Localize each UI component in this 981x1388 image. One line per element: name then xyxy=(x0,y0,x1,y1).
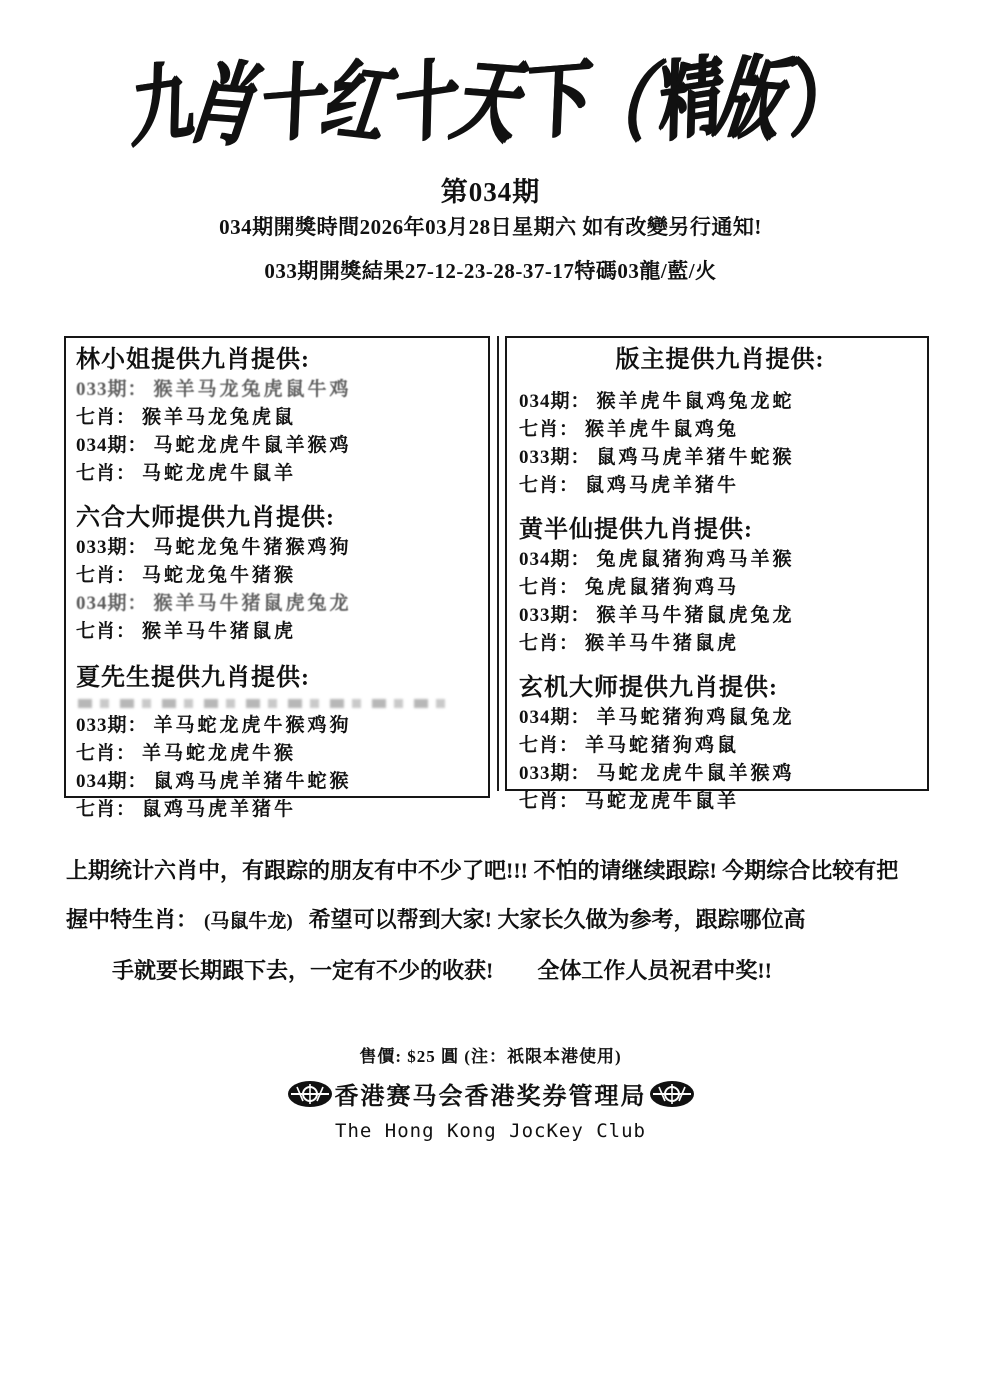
row-value: 猴羊马牛猪鼠虎兔龙 xyxy=(597,605,795,626)
prediction-row: 033期：马蛇龙兔牛猪猴鸡狗 xyxy=(76,534,482,562)
row-label: 七肖： xyxy=(76,463,136,484)
row-value: 兔虎鼠猪狗鸡马 xyxy=(585,577,739,598)
print-smudge-artifact xyxy=(78,699,452,708)
tipster-section: 版主提供九肖提供: 034期：猴羊虎牛鼠鸡兔龙蛇 七肖：猴羊虎牛鼠鸡兔 033期… xyxy=(519,344,921,500)
prediction-row: 033期：羊马蛇龙虎牛猴鸡狗 xyxy=(76,712,482,740)
row-value: 兔虎鼠猪狗鸡马羊猴 xyxy=(597,549,795,570)
prediction-row: 七肖：猴羊马龙兔虎鼠 xyxy=(76,404,482,432)
row-value: 羊马蛇猪狗鸡鼠 xyxy=(585,735,739,756)
prediction-row: 034期：马蛇龙虎牛鼠羊猴鸡 xyxy=(76,432,482,460)
row-value: 马蛇龙兔牛猪猴鸡狗 xyxy=(154,537,352,558)
section-header: 版主提供九肖提供: xyxy=(519,344,921,376)
tipster-box-left: 林小姐提供九肖提供: 033期：猴羊马龙兔虎鼠牛鸡 七肖：猴羊马龙兔虎鼠 034… xyxy=(64,336,490,798)
publisher-name-cn: 香港赛马会香港奖券管理局 xyxy=(335,1076,647,1111)
prediction-row: 034期：鼠鸡马虎羊猪牛蛇猴 xyxy=(76,768,482,796)
section-header: 夏先生提供九肖提供: xyxy=(76,662,482,694)
row-label: 033期： xyxy=(76,537,148,558)
prediction-row: 七肖：羊马蛇龙虎牛猴 xyxy=(76,740,482,768)
prediction-row: 034期：猴羊马牛猪鼠虎兔龙 xyxy=(76,590,482,618)
prediction-row: 七肖：马蛇龙兔牛猪猴 xyxy=(76,562,482,590)
row-label: 七肖： xyxy=(519,475,579,496)
tipster-section: 林小姐提供九肖提供: 033期：猴羊马龙兔虎鼠牛鸡 七肖：猴羊马龙兔虎鼠 034… xyxy=(76,344,482,488)
hkjc-logo-icon xyxy=(287,1080,333,1108)
row-label: 七肖： xyxy=(519,577,579,598)
row-value: 马蛇龙虎牛鼠羊 xyxy=(585,791,739,812)
prediction-row: 七肖：鼠鸡马虎羊猪牛 xyxy=(76,796,482,824)
row-label: 七肖： xyxy=(76,743,136,764)
tipster-section: 六合大师提供九肖提供: 033期：马蛇龙兔牛猪猴鸡狗 七肖：马蛇龙兔牛猪猴 03… xyxy=(76,502,482,646)
row-value: 猴羊马牛猪鼠虎 xyxy=(142,621,296,642)
special-zodiac-picks: (马鼠牛龙) xyxy=(204,911,293,932)
section-header: 六合大师提供九肖提供: xyxy=(76,502,482,534)
row-value: 猴羊虎牛鼠鸡兔龙蛇 xyxy=(597,391,795,412)
prediction-row: 034期：羊马蛇猪狗鸡鼠兔龙 xyxy=(519,704,921,732)
prediction-row: 033期：马蛇龙虎牛鼠羊猴鸡 xyxy=(519,760,921,788)
row-label: 033期： xyxy=(519,447,591,468)
prediction-row: 034期：猴羊虎牛鼠鸡兔龙蛇 xyxy=(519,388,921,416)
row-label: 七肖： xyxy=(76,799,136,820)
row-value: 猴羊马龙兔虎鼠牛鸡 xyxy=(154,379,352,400)
row-value: 鼠鸡马虎羊猪牛 xyxy=(585,475,739,496)
row-label: 七肖： xyxy=(519,419,579,440)
row-label: 七肖： xyxy=(519,791,579,812)
commentary: 上期统计六肖中，有跟踪的朋友有中不少了吧!!! 不怕的请继续跟踪! 今期综合比较… xyxy=(66,846,926,995)
row-value: 羊马蛇龙虎牛猴鸡狗 xyxy=(154,715,352,736)
row-value: 羊马蛇龙虎牛猴 xyxy=(142,743,296,764)
commentary-text: 手就要长期跟下去，一定有不少的收获! xyxy=(112,958,493,983)
row-label: 034期： xyxy=(76,771,148,792)
prediction-row: 七肖：马蛇龙虎牛鼠羊 xyxy=(519,788,921,816)
publisher-name-en: The Hong Kong JocKey Club xyxy=(0,1120,981,1142)
row-label: 033期： xyxy=(76,715,148,736)
commentary-line-1: 上期统计六肖中，有跟踪的朋友有中不少了吧!!! 不怕的请继续跟踪! 今期综合比较… xyxy=(66,846,926,895)
prediction-row: 七肖：羊马蛇猪狗鸡鼠 xyxy=(519,732,921,760)
title-banner: 九肖十红十天下（精版） xyxy=(0,39,981,150)
row-value: 羊马蛇猪狗鸡鼠兔龙 xyxy=(597,707,795,728)
prediction-row: 七肖：鼠鸡马虎羊猪牛 xyxy=(519,472,921,500)
section-header: 林小姐提供九肖提供: xyxy=(76,344,482,376)
tipster-box-right: 版主提供九肖提供: 034期：猴羊虎牛鼠鸡兔龙蛇 七肖：猴羊虎牛鼠鸡兔 033期… xyxy=(505,336,929,791)
row-label: 034期： xyxy=(519,707,591,728)
row-value: 马蛇龙兔牛猪猴 xyxy=(142,565,296,586)
commentary-text: 全体工作人员祝君中奖!! xyxy=(537,958,772,983)
row-label: 七肖： xyxy=(519,633,579,654)
row-value: 马蛇龙虎牛鼠羊 xyxy=(142,463,296,484)
row-label: 七肖： xyxy=(76,621,136,642)
page-root: 九肖十红十天下（精版） 第034期 034期開獎時間2026年03月28日星期六… xyxy=(0,0,981,1388)
commentary-text: 握中特生肖： xyxy=(66,907,198,932)
row-value: 猴羊马牛猪鼠虎 xyxy=(585,633,739,654)
commentary-line-2: 握中特生肖：(马鼠牛龙)希望可以帮到大家! 大家长久做为参考，跟踪哪位高 xyxy=(66,895,926,946)
row-label: 七肖： xyxy=(76,407,136,428)
prediction-row: 七肖：猴羊马牛猪鼠虎 xyxy=(519,630,921,658)
prediction-row: 033期：猴羊马牛猪鼠虎兔龙 xyxy=(519,602,921,630)
prediction-row: 七肖：马蛇龙虎牛鼠羊 xyxy=(76,460,482,488)
row-label: 034期： xyxy=(76,435,148,456)
row-value: 马蛇龙虎牛鼠羊猴鸡 xyxy=(154,435,352,456)
price-line: 售價: $25 圓 (注：祇限本港使用) xyxy=(0,1042,981,1067)
row-value: 鼠鸡马虎羊猪牛蛇猴 xyxy=(154,771,352,792)
row-label: 七肖： xyxy=(76,565,136,586)
row-label: 033期： xyxy=(519,605,591,626)
prediction-row: 七肖：兔虎鼠猪狗鸡马 xyxy=(519,574,921,602)
prediction-row: 033期：鼠鸡马虎羊猪牛蛇猴 xyxy=(519,444,921,472)
tipster-section: 玄机大师提供九肖提供: 034期：羊马蛇猪狗鸡鼠兔龙 七肖：羊马蛇猪狗鸡鼠 03… xyxy=(519,672,921,816)
row-value: 猴羊马龙兔虎鼠 xyxy=(142,407,296,428)
commentary-line-3: 手就要长期跟下去，一定有不少的收获!全体工作人员祝君中奖!! xyxy=(66,946,926,995)
row-label: 034期： xyxy=(519,549,591,570)
hkjc-logo-icon xyxy=(649,1080,695,1108)
prediction-row: 034期：兔虎鼠猪狗鸡马羊猴 xyxy=(519,546,921,574)
prediction-row: 033期：猴羊马龙兔虎鼠牛鸡 xyxy=(76,376,482,404)
tipster-section: 夏先生提供九肖提供: 033期：羊马蛇龙虎牛猴鸡狗 七肖：羊马蛇龙虎牛猴 034… xyxy=(76,662,482,824)
previous-result-line: 033期開獎結果27-12-23-28-37-17特碼03龍/藍/火 xyxy=(0,255,981,285)
tipster-section: 黄半仙提供九肖提供: 034期：兔虎鼠猪狗鸡马羊猴 七肖：兔虎鼠猪狗鸡马 033… xyxy=(519,514,921,658)
row-label: 033期： xyxy=(76,379,148,400)
row-value: 鼠鸡马虎羊猪牛 xyxy=(142,799,296,820)
publisher-row: 香港赛马会香港奖券管理局 xyxy=(0,1076,981,1111)
row-value: 鼠鸡马虎羊猪牛蛇猴 xyxy=(597,447,795,468)
prediction-row: 七肖：猴羊虎牛鼠鸡兔 xyxy=(519,416,921,444)
section-header: 黄半仙提供九肖提供: xyxy=(519,514,921,546)
row-value: 马蛇龙虎牛鼠羊猴鸡 xyxy=(597,763,795,784)
prediction-row: 七肖：猴羊马牛猪鼠虎 xyxy=(76,618,482,646)
draw-time-notice: 034期開獎時間2026年03月28日星期六 如有改變另行通知! xyxy=(0,211,981,241)
row-label: 034期： xyxy=(76,593,148,614)
row-value: 猴羊虎牛鼠鸡兔 xyxy=(585,419,739,440)
row-value: 猴羊马牛猪鼠虎兔龙 xyxy=(154,593,352,614)
section-header: 玄机大师提供九肖提供: xyxy=(519,672,921,704)
row-label: 034期： xyxy=(519,391,591,412)
commentary-text: 希望可以帮到大家! 大家长久做为参考，跟踪哪位高 xyxy=(309,907,806,932)
row-label: 033期： xyxy=(519,763,591,784)
issue-number: 第034期 xyxy=(0,170,981,209)
row-label: 七肖： xyxy=(519,735,579,756)
